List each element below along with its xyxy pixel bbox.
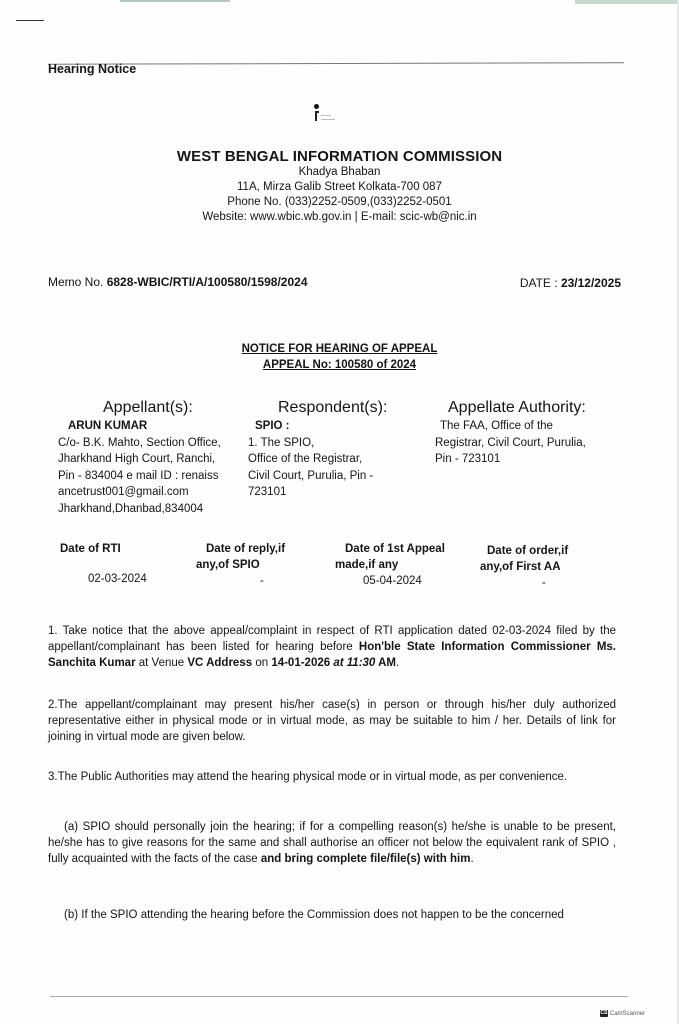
organization-address: 11A, Mirza Galib Street Kolkata-700 087 — [0, 180, 679, 195]
hearing-time: at 11:30 — [330, 657, 375, 669]
date-label: DATE : — [520, 276, 558, 290]
date-label: any,of SPIO — [196, 557, 285, 573]
paragraph-3b: (b) If the SPIO attending the hearing be… — [48, 907, 616, 923]
appellant-address-line: Pin - 834004 e mail ID : renaiss — [58, 468, 248, 485]
scan-top-edge — [0, 0, 679, 4]
date-label: any,of First AA — [480, 559, 568, 575]
paragraph-1: 1. Take notice that the above appeal/com… — [48, 623, 616, 671]
emphasis-text: and bring complete file/file(s) with him — [261, 853, 471, 865]
text: . — [470, 853, 473, 865]
paragraph-3: 3.The Public Authorities may attend the … — [48, 769, 616, 785]
notice-title: NOTICE FOR HEARING OF APPEAL — [0, 341, 679, 357]
date-of-rti: Date of RTI 02-03-2024 — [60, 541, 147, 587]
text: . — [396, 657, 399, 669]
respondent-address-line: Civil Court, Purulia, Pin - — [248, 468, 428, 485]
respondent-address-line: 1. The SPIO, — [248, 435, 428, 452]
paragraph-2: 2.The appellant/complainant may present … — [48, 697, 616, 745]
appellate-authority-line: Registrar, Civil Court, Purulia, — [435, 435, 635, 452]
date-value: 05-04-2024 — [363, 573, 445, 589]
venue: VC Address — [187, 657, 252, 669]
hearing-meridiem: AM — [375, 657, 396, 669]
date-label: Date of RTI — [60, 541, 147, 557]
memo-value: 6828-WBIC/RTI/A/100580/1598/2024 — [107, 275, 308, 289]
appellant-heading: Appellant(s): — [103, 398, 248, 418]
text: at Venue — [136, 657, 188, 669]
respondent-heading: Respondent(s): — [278, 398, 428, 418]
appeal-number: APPEAL No: 100580 of 2024 — [0, 357, 679, 373]
scanner-name: CamScanner — [610, 1011, 645, 1017]
date-label: Date of reply,if — [206, 541, 285, 557]
scanner-watermark: CS CamScanner — [600, 1010, 645, 1017]
memo-number: Memo No. 6828-WBIC/RTI/A/100580/1598/202… — [48, 275, 308, 289]
organization-phone: Phone No. (033)2252-0509,(033)2252-0501 — [0, 195, 679, 210]
date-label: made,if any — [335, 557, 445, 573]
organization-letterhead: WEST BENGAL INFORMATION COMMISSION Khady… — [0, 148, 679, 225]
appellant-name: ARUN KUMAR — [68, 418, 248, 435]
memo-label: Memo No. — [48, 275, 103, 289]
date-label: Date of 1st Appeal — [345, 541, 445, 557]
organization-web: Website: www.wbic.wb.gov.in | E-mail: sc… — [0, 210, 679, 225]
appellate-authority-heading: Appellate Authority: — [448, 398, 635, 418]
paragraph-3a: (a) SPIO should personally join the hear… — [48, 819, 616, 867]
footer-rule — [50, 996, 628, 997]
organization-name: WEST BENGAL INFORMATION COMMISSION — [0, 148, 679, 165]
scan-mark — [16, 20, 44, 21]
appellant-address-line: ancetrust001@gmail.com — [58, 484, 248, 501]
date-value: - — [542, 575, 568, 591]
appellant-address-line: Jharkhand,Dhanbad,834004 — [58, 501, 248, 518]
date-value: - — [260, 573, 285, 589]
text: on — [252, 657, 271, 669]
date-of-faa-order: Date of order,if any,of First AA - — [480, 543, 568, 591]
camscanner-icon: CS — [600, 1010, 608, 1017]
notice-title-block: NOTICE FOR HEARING OF APPEAL APPEAL No: … — [0, 341, 679, 373]
respondent-address-line: 723101 — [248, 484, 428, 501]
date-label: Date of order,if — [487, 543, 568, 559]
appellate-authority-block: Appellate Authority: The FAA, Office of … — [435, 398, 635, 468]
document-type-label: Hearing Notice — [48, 62, 136, 76]
memo-date: DATE : 23/12/2025 — [520, 276, 621, 290]
appellant-address-line: C/o- B.K. Mahto, Section Office, — [58, 435, 248, 452]
date-of-spio-reply: Date of reply,if any,of SPIO - — [196, 541, 285, 589]
appellate-authority-line: The FAA, Office of the — [440, 418, 635, 435]
hearing-date: 14-01-2026 — [271, 657, 330, 669]
wbic-logo-icon — [313, 104, 337, 130]
date-value: 02-03-2024 — [88, 571, 147, 587]
appellate-authority-line: Pin - 723101 — [435, 451, 635, 468]
respondent-role: SPIO : — [255, 418, 428, 435]
date-value: 23/12/2025 — [561, 276, 621, 290]
respondent-block: Respondent(s): SPIO : 1. The SPIO, Offic… — [248, 398, 428, 501]
respondent-address-line: Office of the Registrar, — [248, 451, 428, 468]
date-of-first-appeal: Date of 1st Appeal made,if any 05-04-202… — [335, 541, 445, 589]
appellant-address-line: Jharkhand High Court, Ranchi, — [58, 451, 248, 468]
organization-building: Khadya Bhaban — [0, 165, 679, 180]
appellant-block: Appellant(s): ARUN KUMAR C/o- B.K. Mahto… — [58, 398, 248, 517]
